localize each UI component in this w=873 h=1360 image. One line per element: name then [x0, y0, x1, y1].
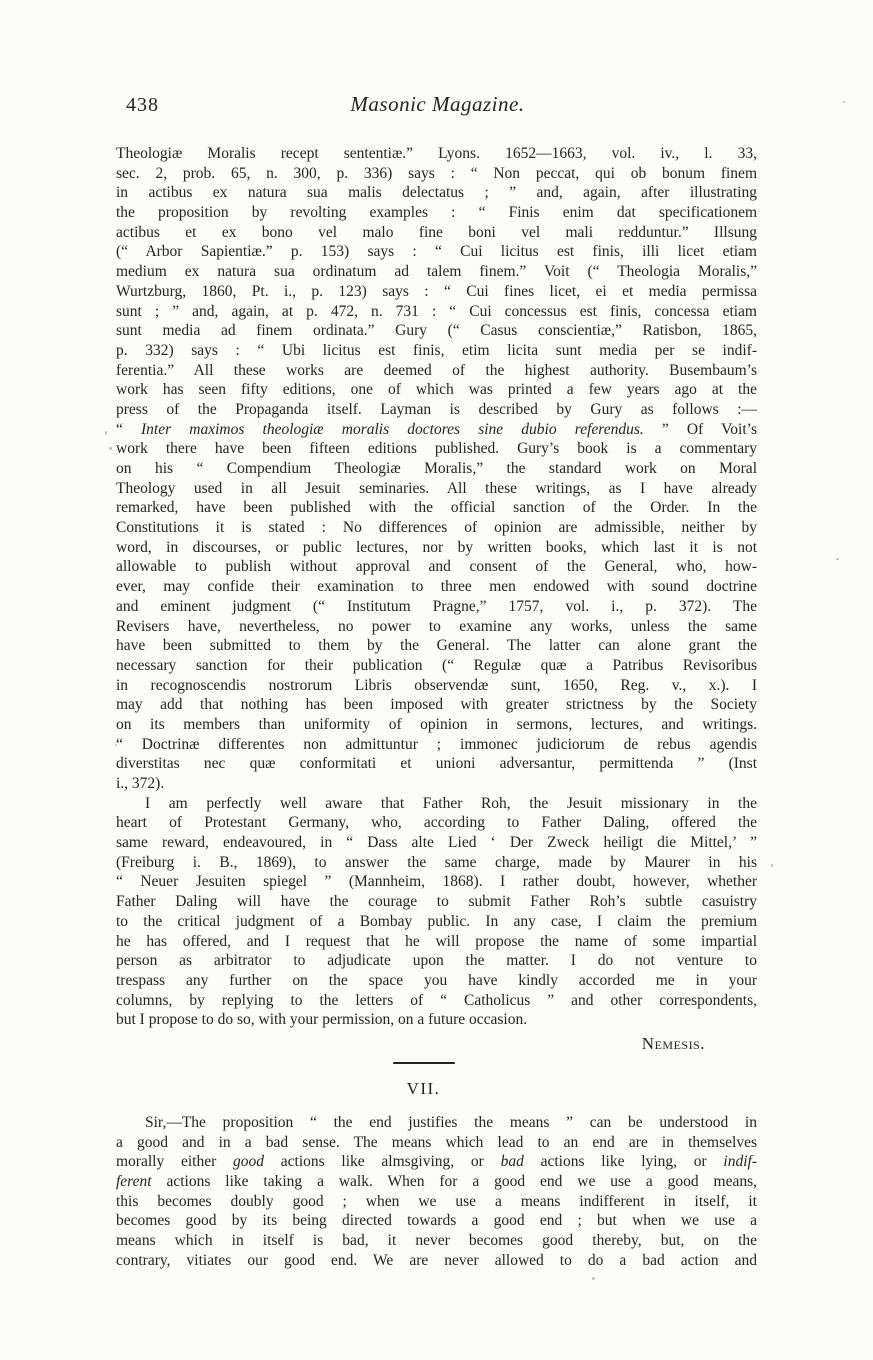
text-line: on his “ Compendium Theologiæ Moralis,” …: [116, 459, 757, 479]
text-line: he has offered, and I request that he wi…: [116, 932, 757, 952]
text-line: same reward, endeavoured, in “ Dass alte…: [116, 833, 757, 853]
text-line: Theologiæ Moralis recept sententiæ.” Lyo…: [116, 144, 757, 164]
text-line: Father Daling will have the courage to s…: [116, 892, 757, 912]
italic-text: indif-: [723, 1153, 757, 1170]
text-line: columns, by replying to the letters of “…: [116, 991, 757, 1011]
text-line: allowable to publish without approval an…: [116, 557, 757, 577]
text-line: trespass any further on the space you ha…: [116, 971, 757, 991]
paragraph-continuation: Theologiæ Moralis recept sententiæ.” Lyo…: [116, 144, 757, 794]
italic-text: bad: [501, 1153, 524, 1170]
text-line: ferent actions like taking a walk. When …: [116, 1172, 757, 1192]
italic-text: good: [233, 1153, 264, 1170]
text-line: may add that nothing has been imposed wi…: [116, 695, 757, 715]
signature-row: Nemesis.: [116, 1034, 757, 1054]
divider-row: [116, 1062, 757, 1065]
text-line: remarked, have been published with the o…: [116, 498, 757, 518]
text-line: sec. 2, prob. 65, n. 300, p. 336) says :…: [116, 164, 757, 184]
page-header: 438 Masonic Magazine.: [116, 92, 759, 122]
italic-text: Inter maximos theologiæ moralis doctores…: [141, 421, 644, 438]
paragraph-third: Sir,—The proposition “ the end justifies…: [116, 1113, 757, 1271]
paragraph-second: I am perfectly well aware that Father Ro…: [116, 794, 757, 1030]
text-line: i., 372).: [116, 774, 757, 794]
scan-speck: [592, 1277, 595, 1280]
text-line: medium ex natura sua ordinatum ad talem …: [116, 262, 757, 282]
text-line: “ Doctrinæ differentes non admittuntur ;…: [116, 735, 757, 755]
text-line: and eminent judgment (“ Institutum Pragn…: [116, 597, 757, 617]
text-line: (Freiburg i. B., 1869), to answer the sa…: [116, 853, 757, 873]
text-line: “ Neuer Jesuiten spiegel ” (Mannheim, 18…: [116, 872, 757, 892]
text-line: in actibus ex natura sua malis delectatu…: [116, 183, 757, 203]
text-line: means which in itself is bad, it never b…: [116, 1231, 757, 1251]
scan-speck: [771, 864, 773, 867]
text-line: morally either good actions like almsgiv…: [116, 1152, 757, 1172]
text-line: p. 332) says : “ Ubi licitus est finis, …: [116, 341, 757, 361]
scan-speck: [115, 744, 117, 746]
text-line: necessary sanction for their publication…: [116, 656, 757, 676]
text-line: word, in discourses, or public lectures,…: [116, 538, 757, 558]
text-line: Wurtzburg, 1860, Pt. i., p. 123) says : …: [116, 282, 757, 302]
section-heading: VII.: [116, 1079, 757, 1099]
scan-speck: [836, 558, 839, 560]
text-line: the proposition by revolting examples : …: [116, 203, 757, 223]
text-line: sunt media ad finem ordinata.” Gury (“ C…: [116, 321, 757, 341]
text-line: contrary, vitiates our good end. We are …: [116, 1251, 757, 1271]
text-line: becomes good by its being directed towar…: [116, 1211, 757, 1231]
author-signature: Nemesis.: [642, 1034, 705, 1053]
text-line: but I propose to do so, with your permis…: [116, 1010, 757, 1030]
text-line: this becomes doubly good ; when we use a…: [116, 1192, 757, 1212]
text-line: in recognoscendis nostrorum Libris obser…: [116, 676, 757, 696]
scan-speck: [105, 431, 107, 435]
text-line: actibus et ex bono vel malo fine boni ve…: [116, 223, 757, 243]
text-line: on its members than uniformity of opinio…: [116, 715, 757, 735]
text-line: a good and in a bad sense. The means whi…: [116, 1133, 757, 1153]
text-line: I am perfectly well aware that Father Ro…: [116, 794, 757, 814]
text-line: work has seen fifty editions, one of whi…: [116, 380, 757, 400]
section-divider: [393, 1062, 455, 1065]
text-line: sunt ; ” and, again, at p. 472, n. 731 :…: [116, 302, 757, 322]
magazine-title: Masonic Magazine.: [116, 92, 759, 117]
text-line: Revisers have, nevertheless, no power to…: [116, 617, 757, 637]
text-line: diverstitas nec quæ conformitati et unio…: [116, 754, 757, 774]
italic-text: ferent: [116, 1173, 152, 1190]
scan-speck: [843, 101, 845, 103]
text-line: Constitutions it is stated : No differen…: [116, 518, 757, 538]
section-spacer: [116, 1099, 757, 1113]
text-line: ever, may confide their examination to t…: [116, 577, 757, 597]
text-line: (“ Arbor Sapientiæ.” p. 153) says : “ Cu…: [116, 242, 757, 262]
text-line: press of the Propaganda itself. Layman i…: [116, 400, 757, 420]
text-line: heart of Protestant Germany, who, accord…: [116, 813, 757, 833]
scanned-page: 438 Masonic Magazine. Theologiæ Moralis …: [0, 0, 873, 1360]
text-line: to the critical judgment of a Bombay pub…: [116, 912, 757, 932]
text-line: Sir,—The proposition “ the end justifies…: [116, 1113, 757, 1133]
text-line: ferentia.” All these works are deemed of…: [116, 361, 757, 381]
text-line: work there have been fifteen editions pu…: [116, 439, 757, 459]
text-line: “ Inter maximos theologiæ moralis doctor…: [116, 420, 757, 440]
text-line: Theology used in all Jesuit seminaries. …: [116, 479, 757, 499]
text-line: person as arbitrator to adjudicate upon …: [116, 951, 757, 971]
article-body: Theologiæ Moralis recept sententiæ.” Lyo…: [116, 144, 757, 1270]
scan-speck: [109, 447, 112, 450]
text-line: have been submitted to them by the Gener…: [116, 636, 757, 656]
